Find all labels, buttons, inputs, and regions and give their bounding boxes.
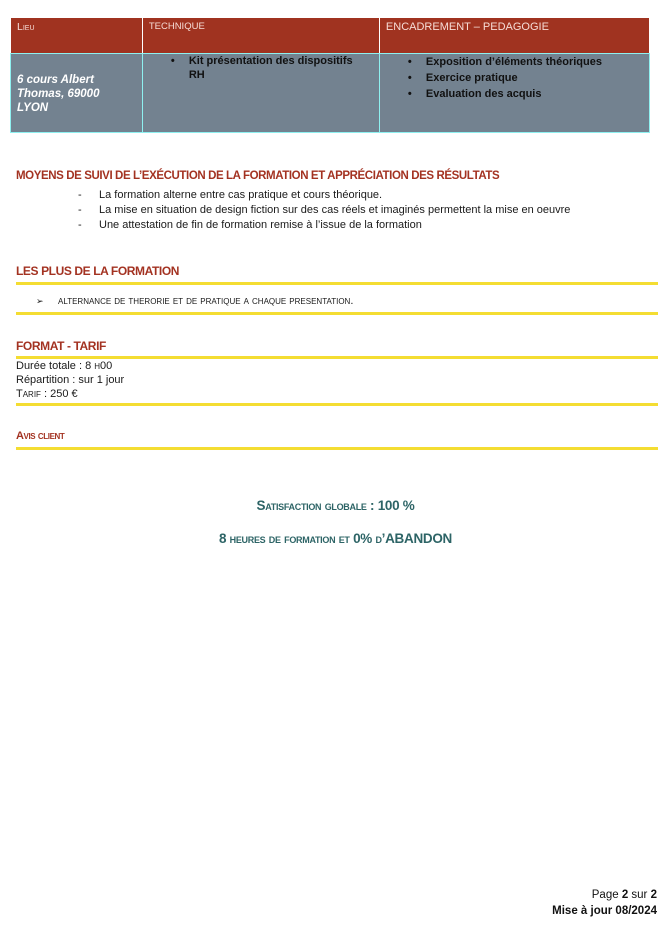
divider [16, 447, 658, 450]
abandon-stat: 8 heures de formation et 0% d’ABANDON [0, 531, 671, 546]
divider [16, 282, 658, 285]
header-lieu: Lieu [11, 18, 143, 54]
plus-title: LES PLUS DE LA FORMATION [16, 264, 179, 278]
pedagogie-list: •Exposition d’éléments théoriques •Exerc… [386, 54, 643, 102]
duree-line: Durée totale : 8 h00 [16, 359, 124, 373]
lieu-line: 6 cours Albert [17, 73, 136, 87]
arrow-bullet-icon: ➢ [36, 296, 58, 307]
satisfaction-stat: Satisfaction globale : 100 % [0, 498, 671, 513]
bullet-icon: • [408, 54, 412, 70]
technique-list: •Kit présentation des dispositifs RH [149, 54, 373, 82]
lieu-line: LYON [17, 101, 136, 115]
format-title: FORMAT - TARIF [16, 339, 106, 353]
pedagogie-cell: •Exposition d’éléments théoriques •Exerc… [379, 54, 649, 133]
suivi-title: Moyens de suivi de l’exécution de la for… [16, 170, 499, 182]
info-table: Lieu technique ENCADREMENT – PEDAGOGIE 6… [10, 17, 650, 133]
bullet-icon: • [408, 86, 412, 102]
header-technique: technique [142, 18, 379, 54]
technique-cell: •Kit présentation des dispositifs RH [142, 54, 379, 133]
page-number: Page 2 sur 2 [552, 887, 657, 903]
repartition-line: Répartition : sur 1 jour [16, 373, 124, 387]
dash-icon: - [78, 188, 82, 203]
list-item: -Une attestation de fin de formation rem… [74, 218, 570, 233]
dash-icon: - [78, 218, 82, 233]
list-item: •Exercice pratique [386, 70, 643, 86]
divider [16, 312, 658, 315]
lieu-line: Thomas, 69000 [17, 87, 136, 101]
bullet-icon: • [171, 54, 175, 68]
divider [16, 403, 658, 406]
page-footer: Page 2 sur 2 Mise à jour 08/2024 [552, 887, 657, 919]
list-item: -La formation alterne entre cas pratique… [74, 188, 570, 203]
avis-title: Avis client [16, 430, 64, 442]
list-item: •Exposition d’éléments théoriques [386, 54, 643, 70]
bullet-icon: • [408, 70, 412, 86]
lieu-cell: 6 cours Albert Thomas, 69000 LYON [11, 54, 143, 133]
plus-item: ➢Alternance de therorie et de pratique a… [36, 295, 353, 307]
list-item: •Evaluation des acquis [386, 86, 643, 102]
update-date: Mise à jour 08/2024 [552, 903, 657, 919]
suivi-list: -La formation alterne entre cas pratique… [74, 188, 570, 233]
header-encadrement: ENCADREMENT – PEDAGOGIE [379, 18, 649, 54]
format-details: Durée totale : 8 h00 Répartition : sur 1… [16, 359, 124, 401]
list-item: •Kit présentation des dispositifs RH [149, 54, 373, 82]
list-item: -La mise en situation de design fiction … [74, 203, 570, 218]
tarif-line: Tarif : 250 € [16, 387, 124, 401]
dash-icon: - [78, 203, 82, 218]
